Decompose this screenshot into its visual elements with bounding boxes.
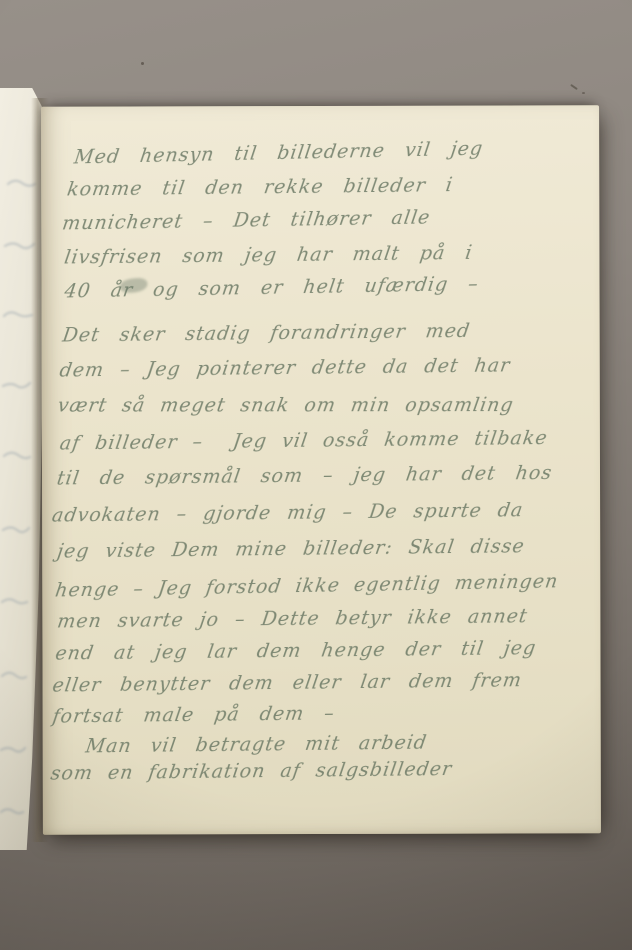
- handwritten-line: af billeder – Jeg vil osså komme tilbake: [58, 427, 549, 455]
- handwritten-line: henge – Jeg forstod ikke egentlig mening…: [54, 570, 560, 601]
- handwritten-line: eller benytter dem eller lar dem frem: [51, 669, 524, 696]
- handwritten-line: advokaten – gjorde mig – De spurte da: [51, 499, 525, 526]
- handwritten-line: municheret – Det tilhører alle: [61, 207, 432, 235]
- handwritten-line: vært så meget snak om min opsamling: [56, 394, 515, 416]
- handwritten-line: livsfrisen som jeg har malt på i: [63, 242, 474, 269]
- manuscript-page: Med hensyn til billederne vil jeg komme …: [41, 105, 601, 834]
- dust-speck: [582, 92, 585, 94]
- handwritten-line: komme til den rekke billeder i: [66, 174, 455, 200]
- dust-speck: [570, 84, 578, 90]
- dust-speck: [141, 62, 144, 65]
- handwritten-text-block: Med hensyn til billederne vil jeg komme …: [41, 105, 601, 834]
- handwritten-line: Med hensyn til billederne vil jeg: [73, 138, 485, 169]
- handwritten-line: dem – Jeg pointerer dette da det har: [58, 355, 512, 382]
- handwritten-line: som en fabrikation af salgsbilleder: [49, 758, 454, 785]
- handwritten-line: til de spørsmål som – jeg har det hos: [55, 462, 553, 490]
- handwritten-line: fortsat male på dem –: [51, 702, 336, 727]
- handwritten-line: Det sker stadig forandringer med: [61, 320, 472, 347]
- photograph-background: Med hensyn til billederne vil jeg komme …: [0, 0, 632, 950]
- handwritten-line: end at jeg lar dem henge der til jeg: [54, 637, 538, 664]
- handwritten-line: men svarte jo – Dette betyr ikke annet: [56, 605, 529, 632]
- handwritten-line: Man vil betragte mit arbeid: [84, 732, 429, 758]
- handwritten-line: jeg viste Dem mine billeder: Skal disse: [56, 535, 527, 562]
